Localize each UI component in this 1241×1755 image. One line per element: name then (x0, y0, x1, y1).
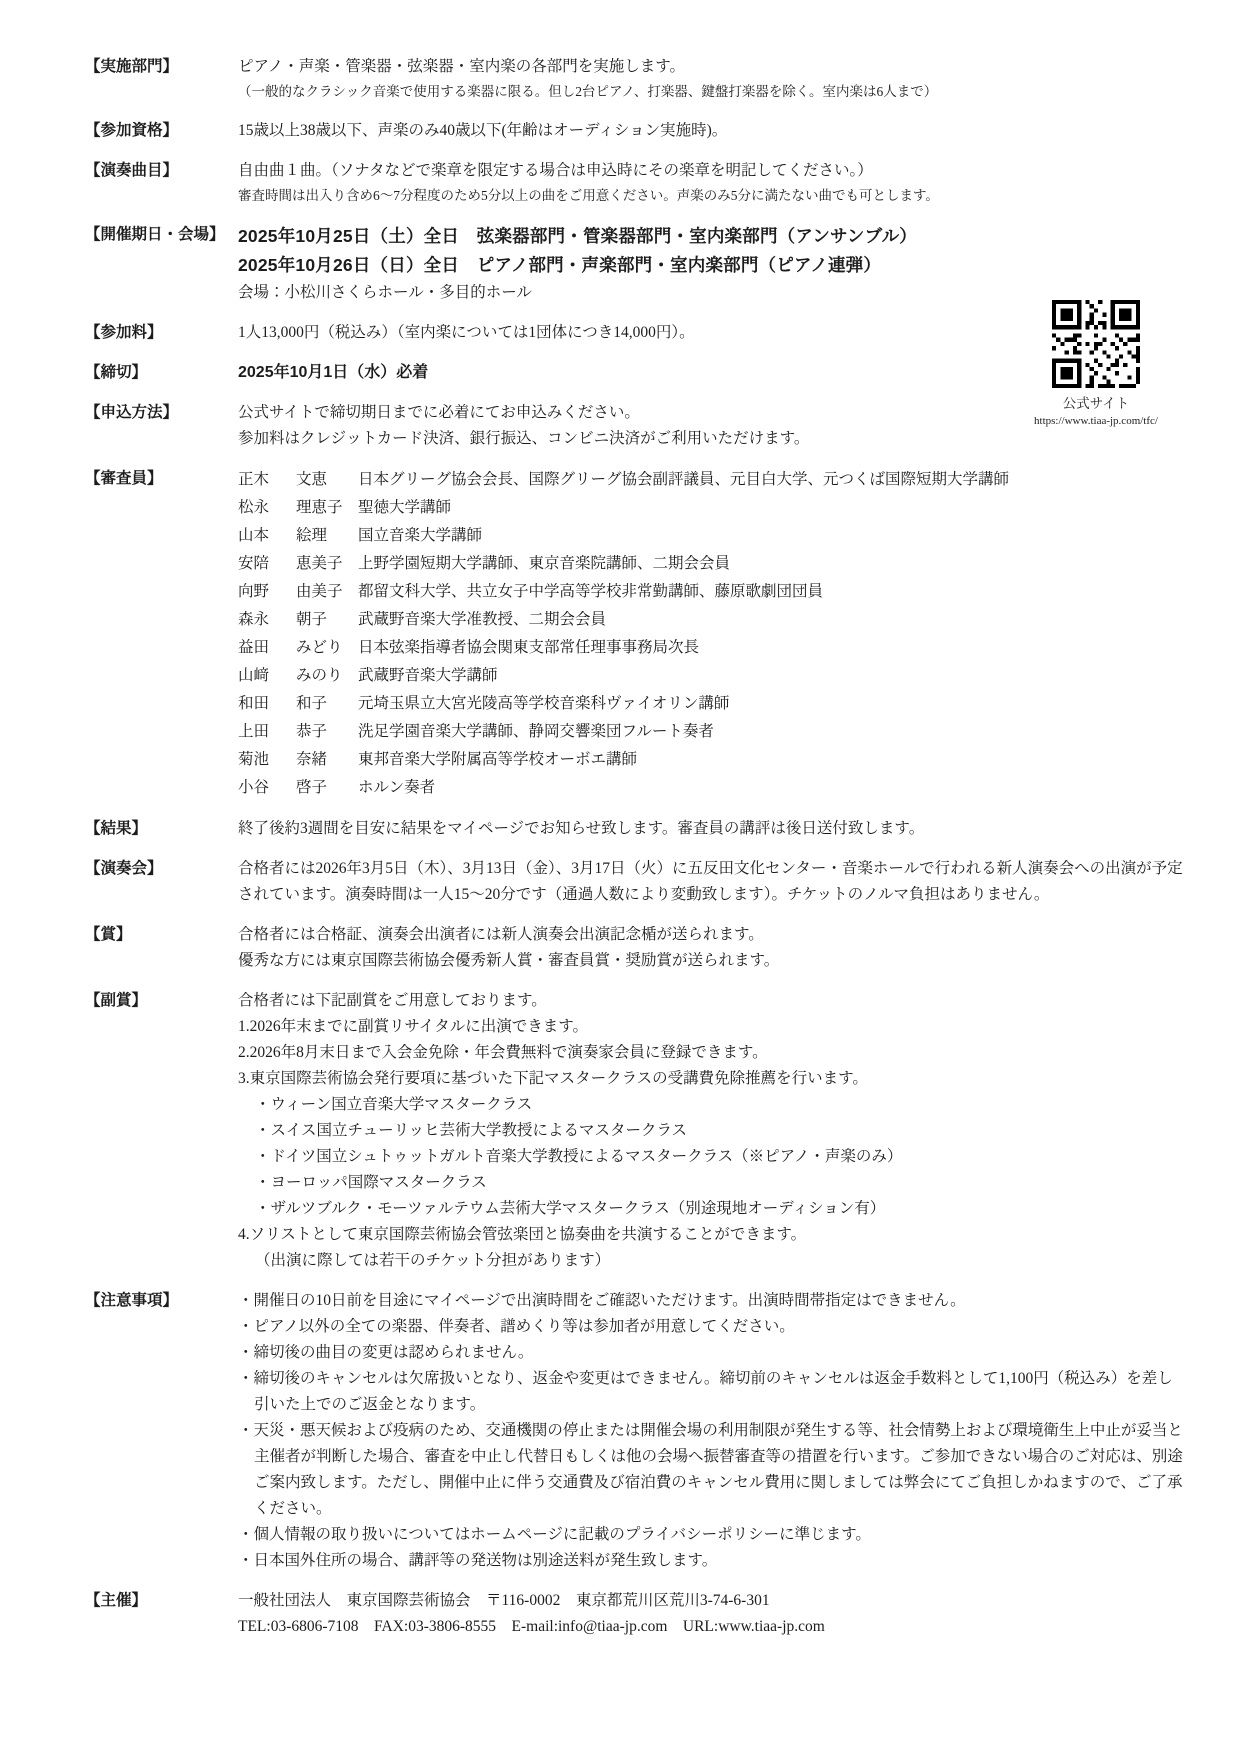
note-item: ・個人情報の取り扱いについてはホームページに記載のプライバシーポリシーに準じます… (238, 1522, 1185, 1548)
qr-url: https://www.tiaa-jp.com/tfc/ (1002, 414, 1190, 428)
note-item: ・締切後のキャンセルは欠席扱いとなり、返金や変更はできません。締切前のキャンセル… (238, 1366, 1185, 1418)
masterclass-item: ・ドイツ国立シュトゥットガルト音楽大学教授によるマスタークラス（※ピアノ・声楽の… (238, 1144, 1185, 1170)
masterclass-item: ・ヨーロッパ国際マスタークラス (238, 1170, 1185, 1196)
text-line-note: （一般的なクラシック音楽で使用する楽器に限る。但し2台ピアノ、打楽器、鍵盤打楽器… (238, 80, 1185, 104)
event-date-line: 2025年10月25日（土）全日 弦楽器部門・管楽器部門・室内楽部門（アンサンブ… (238, 222, 1185, 251)
section-label: 【開催期日・会場】 (85, 222, 238, 248)
judge-first-name: みどり (296, 634, 358, 662)
judge-first-name: 絵理 (296, 522, 358, 550)
section-label: 【副賞】 (85, 988, 238, 1014)
text-line: 終了後約3週間を目安に結果をマイページでお知らせ致します。審査員の講評は後日送付… (238, 816, 1185, 842)
judge-last-name: 和田 (238, 690, 296, 718)
judge-title: 日本グリーグ協会会長、国際グリーグ協会副評議員、元目白大学、元つくば国際短期大学… (358, 466, 1185, 494)
section-label: 【演奏会】 (85, 856, 238, 882)
note-item: ・天災・悪天候および疫病のため、交通機関の停止または開催会場の利用制限が発生する… (238, 1418, 1185, 1522)
section-label: 【参加資格】 (85, 118, 238, 144)
judge-row: 小谷 啓子 ホルン奏者 (238, 774, 1185, 802)
section-label: 【主催】 (85, 1588, 238, 1614)
event-date-line: 2025年10月26日（日）全日 ピアノ部門・声楽部門・室内楽部門（ピアノ連弾） (238, 251, 1185, 280)
judge-row: 益田 みどり 日本弦楽指導者協会関東支部常任理事事務局次長 (238, 634, 1185, 662)
judge-row: 菊池 奈緒 東邦音楽大学附属高等学校オーボエ講師 (238, 746, 1185, 774)
judge-first-name: 奈緒 (296, 746, 358, 774)
judge-last-name: 上田 (238, 718, 296, 746)
judge-title: ホルン奏者 (358, 774, 1185, 802)
judge-row: 上田 恭子 洗足学園音楽大学講師、静岡交響楽団フルート奏者 (238, 718, 1185, 746)
judge-title: 上野学園短期大学講師、東京音楽院講師、二期会会員 (358, 550, 1185, 578)
section-prizes: 【賞】 合格者には合格証、演奏会出演者には新人演奏会出演記念楯が送られます。 優… (85, 922, 1185, 974)
judge-last-name: 益田 (238, 634, 296, 662)
text-line: ピアノ・声楽・管楽器・弦楽器・室内楽の各部門を実施します。 (238, 54, 1185, 80)
judge-first-name: みのり (296, 662, 358, 690)
numbered-item: 2.2026年8月末日まで入会金免除・年会費無料で演奏家会員に登録できます。 (238, 1040, 1185, 1066)
judge-first-name: 朝子 (296, 606, 358, 634)
masterclass-item: ・ウィーン国立音楽大学マスタークラス (238, 1092, 1185, 1118)
section-departments: 【実施部門】 ピアノ・声楽・管楽器・弦楽器・室内楽の各部門を実施します。 （一般… (85, 54, 1185, 104)
section-content: 合格者には下記副賞をご用意しております。 1.2026年末までに副賞リサイタルに… (238, 988, 1185, 1274)
judge-first-name: 恭子 (296, 718, 358, 746)
document: 【実施部門】 ピアノ・声楽・管楽器・弦楽器・室内楽の各部門を実施します。 （一般… (0, 0, 1241, 1755)
masterclass-item: ・ザルツブルク・モーツァルテウム芸術大学マスタークラス（別途現地オーディション有… (238, 1196, 1185, 1222)
note-item: ・開催日の10日前を目途にマイページで出演時間をご確認いただけます。出演時間帯指… (238, 1288, 1185, 1314)
judge-first-name: 恵美子 (296, 550, 358, 578)
text-line: 合格者には下記副賞をご用意しております。 (238, 988, 1185, 1014)
section-label: 【実施部門】 (85, 54, 238, 80)
judge-last-name: 菊池 (238, 746, 296, 774)
text-line: 優秀な方には東京国際芸術協会優秀新人賞・審査員賞・奨励賞が送られます。 (238, 948, 1185, 974)
section-label: 【締切】 (85, 360, 238, 386)
judge-last-name: 向野 (238, 578, 296, 606)
note-item: ・ピアノ以外の全ての楽器、伴奏者、譜めくり等は参加者が用意してください。 (238, 1314, 1185, 1340)
section-label: 【賞】 (85, 922, 238, 948)
section-content: 合格者には合格証、演奏会出演者には新人演奏会出演記念楯が送られます。 優秀な方に… (238, 922, 1185, 974)
judge-title: 聖徳大学講師 (358, 494, 1185, 522)
judge-last-name: 正木 (238, 466, 296, 494)
judge-title: 国立音楽大学講師 (358, 522, 1185, 550)
judge-title: 元埼玉県立大宮光陵高等学校音楽科ヴァイオリン講師 (358, 690, 1185, 718)
section-content: 終了後約3週間を目安に結果をマイページでお知らせ致します。審査員の講評は後日送付… (238, 816, 1185, 842)
judge-title: 武蔵野音楽大学講師 (358, 662, 1185, 690)
judge-title: 都留文科大学、共立女子中学高等学校非常勤講師、藤原歌劇団団員 (358, 578, 1185, 606)
qr-code (1052, 300, 1140, 388)
section-results: 【結果】 終了後約3週間を目安に結果をマイページでお知らせ致します。審査員の講評… (85, 816, 1185, 842)
numbered-item: 1.2026年末までに副賞リサイタルに出演できます。 (238, 1014, 1185, 1040)
section-label: 【申込方法】 (85, 400, 238, 426)
qr-caption: 公式サイト (1002, 394, 1190, 414)
judge-first-name: 和子 (296, 690, 358, 718)
section-content: ・開催日の10日前を目途にマイページで出演時間をご確認いただけます。出演時間帯指… (238, 1288, 1185, 1574)
organizer-contact: TEL:03-6806-7108 FAX:03-3806-8555 E-mail… (238, 1614, 1185, 1640)
masterclass-item: ・スイス国立チューリッヒ芸術大学教授によるマスタークラス (238, 1118, 1185, 1144)
section-concert: 【演奏会】 合格者には2026年3月5日（木）、3月13日（金）、3月17日（火… (85, 856, 1185, 908)
text-line-note: （出演に際しては若干のチケット分担があります） (238, 1248, 1185, 1274)
section-supplementary-prizes: 【副賞】 合格者には下記副賞をご用意しております。 1.2026年末までに副賞リ… (85, 988, 1185, 1274)
section-dates-venue: 【開催期日・会場】 2025年10月25日（土）全日 弦楽器部門・管楽器部門・室… (85, 222, 1185, 306)
section-content: ピアノ・声楽・管楽器・弦楽器・室内楽の各部門を実施します。 （一般的なクラシック… (238, 54, 1185, 104)
judge-last-name: 山本 (238, 522, 296, 550)
text-line: 自由曲１曲。（ソナタなどで楽章を限定する場合は申込時にその楽章を明記してください… (238, 158, 1185, 184)
section-repertoire: 【演奏曲目】 自由曲１曲。（ソナタなどで楽章を限定する場合は申込時にその楽章を明… (85, 158, 1185, 208)
official-site-qr-block: 公式サイト https://www.tiaa-jp.com/tfc/ (1002, 300, 1190, 428)
judge-row: 山本 絵理 国立音楽大学講師 (238, 522, 1185, 550)
judge-last-name: 森永 (238, 606, 296, 634)
section-eligibility: 【参加資格】 15歳以上38歳以下、声楽のみ40歳以下(年齢はオーディション実施… (85, 118, 1185, 144)
section-content: 自由曲１曲。（ソナタなどで楽章を限定する場合は申込時にその楽章を明記してください… (238, 158, 1185, 208)
note-item: ・日本国外住所の場合、講評等の発送物は別途送料が発生致します。 (238, 1548, 1185, 1574)
judge-row: 森永 朝子 武蔵野音楽大学准教授、二期会会員 (238, 606, 1185, 634)
judge-row: 安陪 恵美子 上野学園短期大学講師、東京音楽院講師、二期会会員 (238, 550, 1185, 578)
text-line: 参加料はクレジットカード決済、銀行振込、コンビニ決済がご利用いただけます。 (238, 426, 1185, 452)
text-line-note: 審査時間は出入り含め6～7分程度のため5分以上の曲をご用意ください。声楽のみ5分… (238, 184, 1185, 208)
section-content: 一般社団法人 東京国際芸術協会 〒116-0002 東京都荒川区荒川3-74-6… (238, 1588, 1185, 1640)
judge-row: 向野 由美子 都留文科大学、共立女子中学高等学校非常勤講師、藤原歌劇団団員 (238, 578, 1185, 606)
note-item: ・締切後の曲目の変更は認められません。 (238, 1340, 1185, 1366)
judge-first-name: 由美子 (296, 578, 358, 606)
numbered-item: 4.ソリストとして東京国際芸術協会管弦楽団と協奏曲を共演することができます。 (238, 1222, 1185, 1248)
section-content: 15歳以上38歳以下、声楽のみ40歳以下(年齢はオーディション実施時)。 (238, 118, 1185, 144)
numbered-item: 3.東京国際芸術協会発行要項に基づいた下記マスタークラスの受講費免除推薦を行いま… (238, 1066, 1185, 1092)
judge-first-name: 文恵 (296, 466, 358, 494)
section-content: 合格者には2026年3月5日（木）、3月13日（金）、3月17日（火）に五反田文… (238, 856, 1185, 908)
judge-first-name: 啓子 (296, 774, 358, 802)
judge-last-name: 松永 (238, 494, 296, 522)
judge-title: 東邦音楽大学附属高等学校オーボエ講師 (358, 746, 1185, 774)
judge-row: 山﨑 みのり 武蔵野音楽大学講師 (238, 662, 1185, 690)
judge-row: 正木 文恵 日本グリーグ協会会長、国際グリーグ協会副評議員、元目白大学、元つくば… (238, 466, 1185, 494)
judge-title: 洗足学園音楽大学講師、静岡交響楽団フルート奏者 (358, 718, 1185, 746)
judge-title: 日本弦楽指導者協会関東支部常任理事事務局次長 (358, 634, 1185, 662)
section-content: 2025年10月25日（土）全日 弦楽器部門・管楽器部門・室内楽部門（アンサンブ… (238, 222, 1185, 306)
text-paragraph: 合格者には2026年3月5日（木）、3月13日（金）、3月17日（火）に五反田文… (238, 856, 1185, 908)
judge-row: 松永 理恵子 聖徳大学講師 (238, 494, 1185, 522)
text-line: 合格者には合格証、演奏会出演者には新人演奏会出演記念楯が送られます。 (238, 922, 1185, 948)
section-label: 【参加料】 (85, 320, 238, 346)
judge-last-name: 小谷 (238, 774, 296, 802)
judge-row: 和田 和子 元埼玉県立大宮光陵高等学校音楽科ヴァイオリン講師 (238, 690, 1185, 718)
section-label: 【結果】 (85, 816, 238, 842)
judge-last-name: 安陪 (238, 550, 296, 578)
section-label: 【演奏曲目】 (85, 158, 238, 184)
organizer-address: 一般社団法人 東京国際芸術協会 〒116-0002 東京都荒川区荒川3-74-6… (238, 1588, 1185, 1614)
judge-title: 武蔵野音楽大学准教授、二期会会員 (358, 606, 1185, 634)
section-notes: 【注意事項】 ・開催日の10日前を目途にマイページで出演時間をご確認いただけます… (85, 1288, 1185, 1574)
judge-last-name: 山﨑 (238, 662, 296, 690)
judges-list: 正木 文恵 日本グリーグ協会会長、国際グリーグ協会副評議員、元目白大学、元つくば… (238, 466, 1185, 802)
text-line: 15歳以上38歳以下、声楽のみ40歳以下(年齢はオーディション実施時)。 (238, 118, 1185, 144)
judge-first-name: 理恵子 (296, 494, 358, 522)
section-organizer: 【主催】 一般社団法人 東京国際芸術協会 〒116-0002 東京都荒川区荒川3… (85, 1588, 1185, 1640)
section-label: 【審査員】 (85, 466, 238, 492)
section-label: 【注意事項】 (85, 1288, 238, 1314)
section-judges: 【審査員】 正木 文恵 日本グリーグ協会会長、国際グリーグ協会副評議員、元目白大… (85, 466, 1185, 802)
